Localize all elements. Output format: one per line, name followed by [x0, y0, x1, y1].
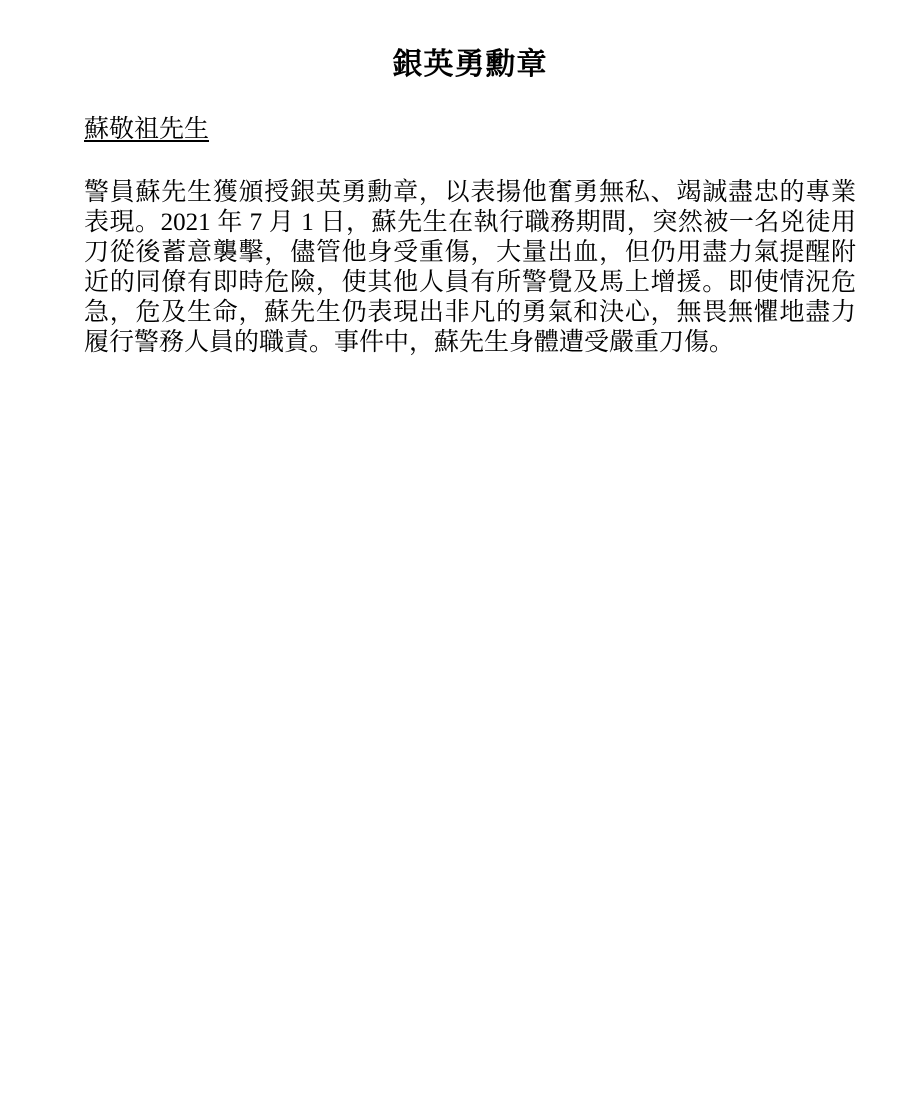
document-title: 銀英勇勳章 [84, 46, 856, 84]
document-page: 銀英勇勳章 蘇敬祖先生 警員蘇先生獲頒授銀英勇勳章，以表揚他奮勇無私、竭誠盡忠的… [0, 0, 908, 1114]
citation-paragraph: 警員蘇先生獲頒授銀英勇勳章，以表揚他奮勇無私、竭誠盡忠的專業表現。2021 年 … [84, 178, 856, 358]
recipient-name: 蘇敬祖先生 [84, 114, 856, 146]
